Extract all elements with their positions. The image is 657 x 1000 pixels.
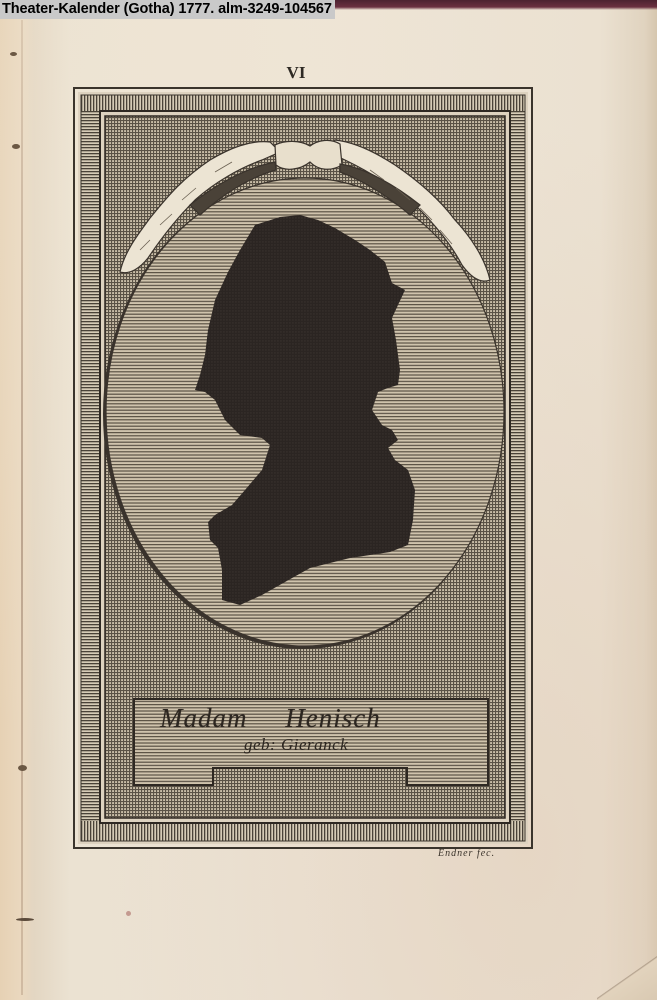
book-page: VI: [0, 0, 657, 1000]
portrait-caption-name: Madam Henisch: [160, 703, 450, 734]
engraved-portrait-plate: [0, 0, 657, 1000]
portrait-caption-birth-name: geb: Gieranck: [244, 735, 384, 755]
image-title-label: Theater-Kalender (Gotha) 1777. alm-3249-…: [0, 0, 335, 19]
engraver-signature: Endner fec.: [438, 848, 495, 859]
